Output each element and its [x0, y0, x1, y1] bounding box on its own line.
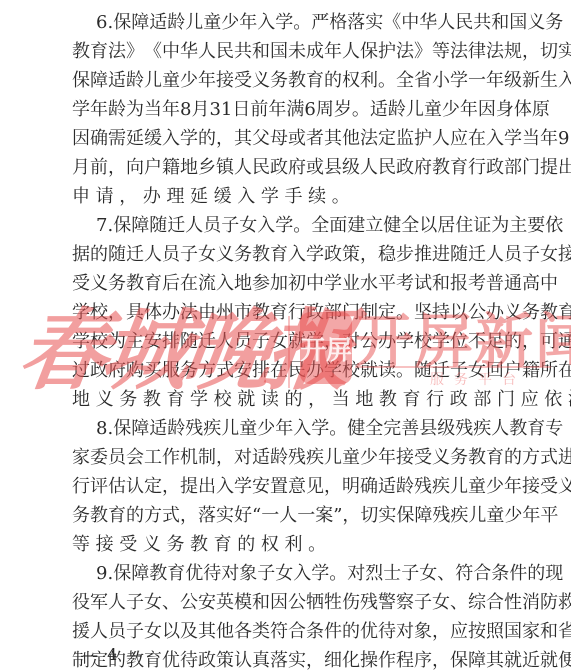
- page-number: — 4 —: [82, 645, 144, 665]
- paragraph-6-line: 6.保障适龄儿童少年入学。严格落实《中华人民共和国义务: [96, 8, 498, 37]
- paragraph-7-line: 地义务教育学校就读的，当地教育行政部门应依法予以保障。: [72, 385, 498, 414]
- paragraph-8-line: 行评估认定，提出入学安置意见，明确适龄残疾儿童少年接受义: [72, 472, 498, 501]
- paragraph-6-line: 月前，向户籍地乡镇人民政府或县级人民政府教育行政部门提出: [72, 153, 498, 182]
- document-page: 6.保障适龄儿童少年入学。严格落实《中华人民共和国义务教育法》《中华人民共和国未…: [0, 0, 571, 670]
- paragraph-9-line: 援人员子女以及其他各类符合条件的优待对象，应按照国家和省: [72, 617, 498, 646]
- paragraph-9-line: 役军人子女、公安英模和因公牺牲伤残警察子女、综合性消防救: [72, 588, 498, 617]
- paragraph-8-line: 家委员会工作机制，对适龄残疾儿童少年接受义务教育的方式进: [72, 443, 498, 472]
- paragraph-9-line: 9.保障教育优待对象子女入学。对烈士子女、符合条件的现: [96, 559, 498, 588]
- paragraph-7-line: 据的随迁人员子女义务教育入学政策，稳步推进随迁人员子女接: [72, 240, 498, 269]
- watermark-underline: [355, 366, 551, 368]
- watermark-subtitle: 服务平台: [430, 371, 526, 389]
- paragraph-7-line: 受义务教育后在流入地参加初中学业水平考试和报考普通高中: [72, 269, 498, 298]
- paragraph-6-line: 教育法》《中华人民共和国未成年人保护法》等法律法规，切实: [72, 37, 498, 66]
- paragraph-7-line: 7.保障随迁人员子女入学。全面建立健全以居住证为主要依: [96, 211, 498, 240]
- paragraph-6-line: 保障适龄儿童少年接受义务教育的权利。全省小学一年级新生入: [72, 66, 498, 95]
- watermark-divider: [288, 316, 290, 388]
- paragraph-6-line: 申请，办理延缓入学手续。: [72, 182, 498, 211]
- paragraph-8-line: 务教育的方式，落实好“一人一案”，切实保障残疾儿童少年平: [72, 501, 498, 530]
- paragraph-6-line: 学年龄为当年8月31日前年满6周岁。适龄儿童少年因身体原: [72, 95, 498, 124]
- paragraph-6-line: 因确需延缓入学的，其父母或者其他法定监护人应在入学当年9: [72, 124, 498, 153]
- watermark-logo-icon: 开屏: [300, 312, 352, 384]
- paragraph-8-line: 等接受义务教育的权利。: [72, 530, 498, 559]
- paragraph-8-line: 8.保障适龄残疾儿童少年入学。健全完善县级残疾人教育专: [96, 414, 498, 443]
